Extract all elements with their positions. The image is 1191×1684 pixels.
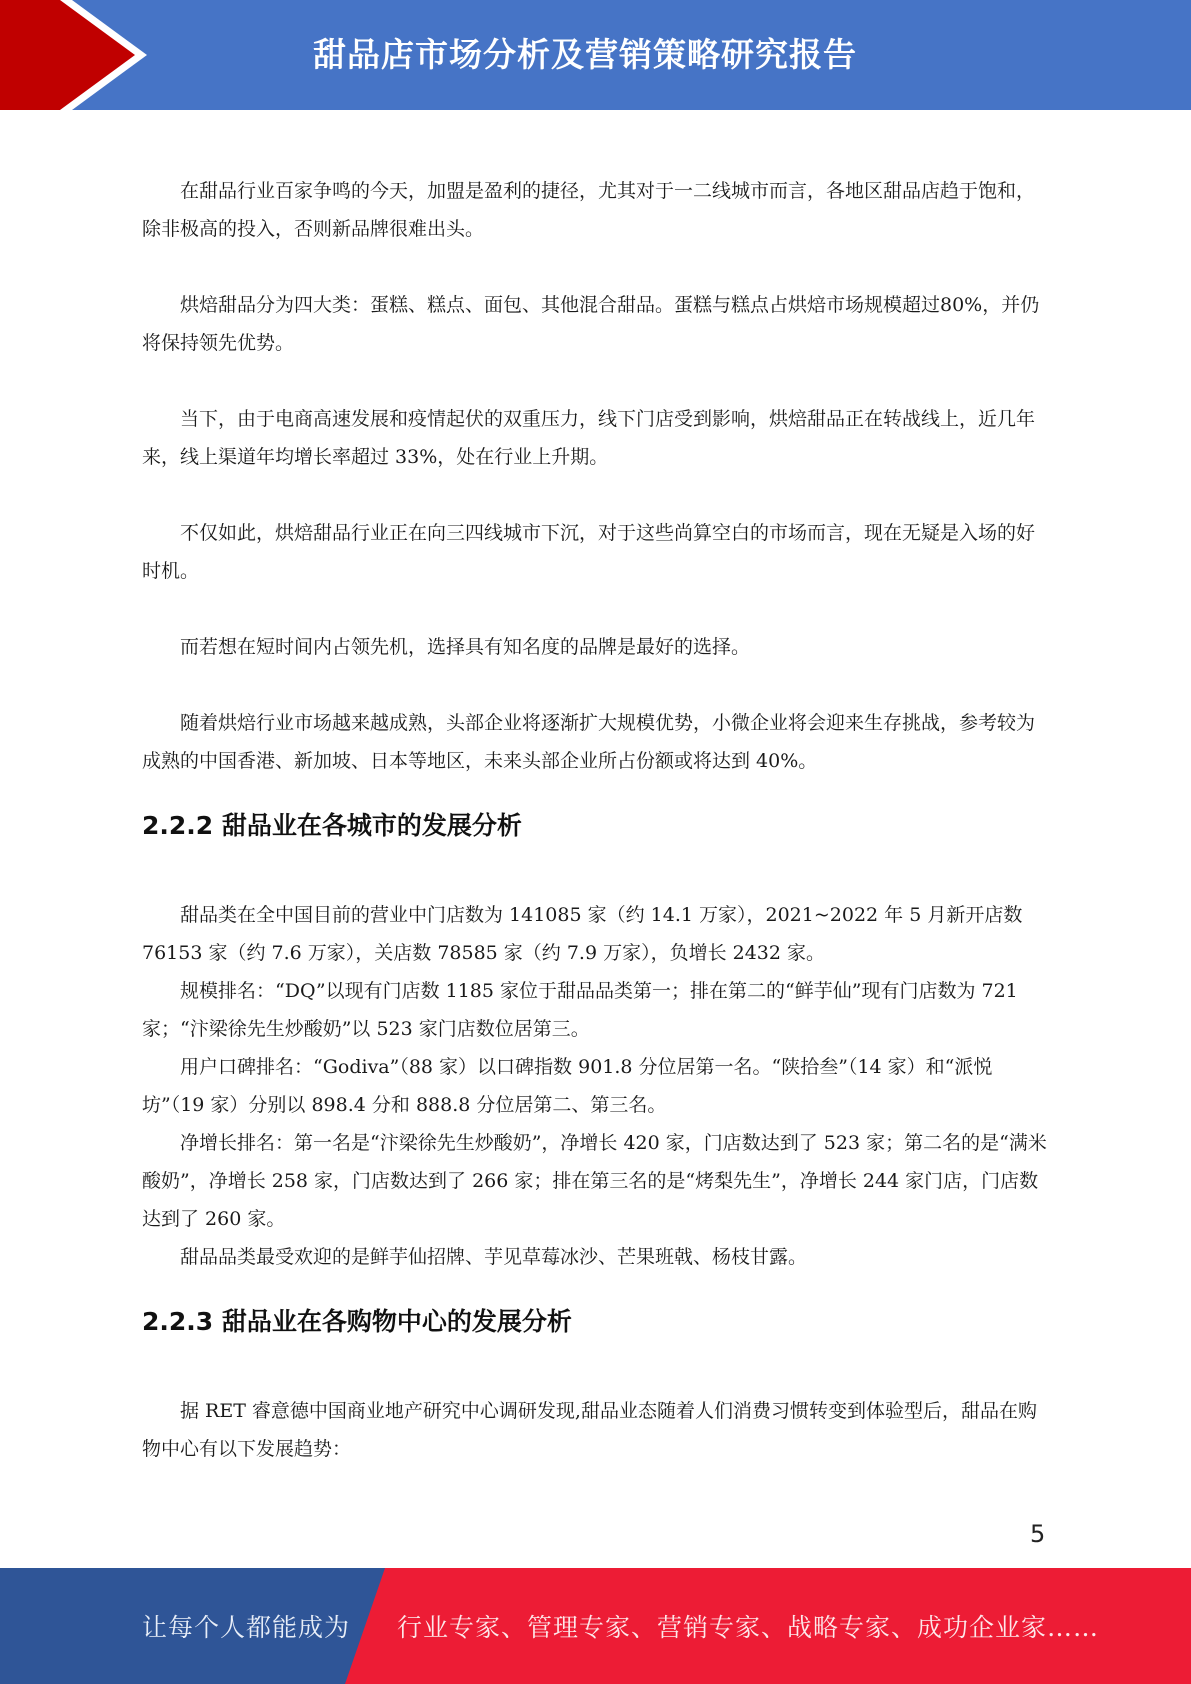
paragraph: 烘焙甜品分为四大类：蛋糕、糕点、面包、其他混合甜品。蛋糕与糕点占烘焙市场规模超过… [142, 286, 1047, 362]
page-content: 在甜品行业百家争鸣的今天，加盟是盈利的捷径，尤其对于一二线城市而言，各地区甜品店… [142, 172, 1047, 1468]
paragraph: 随着烘焙行业市场越来越成熟，头部企业将逐渐扩大规模优势，小微企业将会迎来生存挑战… [142, 704, 1047, 780]
footer-slogan-right: 行业专家、管理专家、营销专家、战略专家、成功企业家…… [397, 1608, 1099, 1644]
paragraph: 甜品类在全中国目前的营业中门店数为 141085 家（约 14.1 万家），20… [142, 896, 1047, 972]
report-title: 甜品店市场分析及营销策略研究报告 [313, 30, 857, 80]
chevron-arrow-icon [0, 0, 150, 110]
paragraph: 净增长排名：第一名是“汴梁徐先生炒酸奶”，净增长 420 家，门店数达到了 52… [142, 1124, 1047, 1238]
section-heading-2-2-3: 2.2.3 甜品业在各购物中心的发展分析 [142, 1302, 1047, 1342]
paragraph: 在甜品行业百家争鸣的今天，加盟是盈利的捷径，尤其对于一二线城市而言，各地区甜品店… [142, 172, 1047, 248]
paragraph: 用户口碑排名：“Godiva”（88 家）以口碑指数 901.8 分位居第一名。… [142, 1048, 1047, 1124]
paragraph: 不仅如此，烘焙甜品行业正在向三四线城市下沉，对于这些尚算空白的市场而言，现在无疑… [142, 514, 1047, 590]
paragraph: 甜品品类最受欢迎的是鲜芋仙招牌、芋见草莓冰沙、芒果班戟、杨枝甘露。 [142, 1238, 1047, 1276]
paragraph: 据 RET 睿意德中国商业地产研究中心调研发现,甜品业态随着人们消费习惯转变到体… [142, 1392, 1047, 1468]
page-header: 甜品店市场分析及营销策略研究报告 [0, 0, 1191, 110]
footer-slogan-left: 让每个人都能成为 [142, 1608, 350, 1644]
paragraph: 而若想在短时间内占领先机，选择具有知名度的品牌是最好的选择。 [142, 628, 1047, 666]
section-heading-2-2-2: 2.2.2 甜品业在各城市的发展分析 [142, 806, 1047, 846]
page-number: 5 [1030, 1520, 1045, 1548]
page-footer: 让每个人都能成为 行业专家、管理专家、营销专家、战略专家、成功企业家…… [0, 1568, 1191, 1684]
paragraph: 规模排名：“DQ”以现有门店数 1185 家位于甜品品类第一；排在第二的“鲜芋仙… [142, 972, 1047, 1048]
paragraph: 当下，由于电商高速发展和疫情起伏的双重压力，线下门店受到影响，烘焙甜品正在转战线… [142, 400, 1047, 476]
